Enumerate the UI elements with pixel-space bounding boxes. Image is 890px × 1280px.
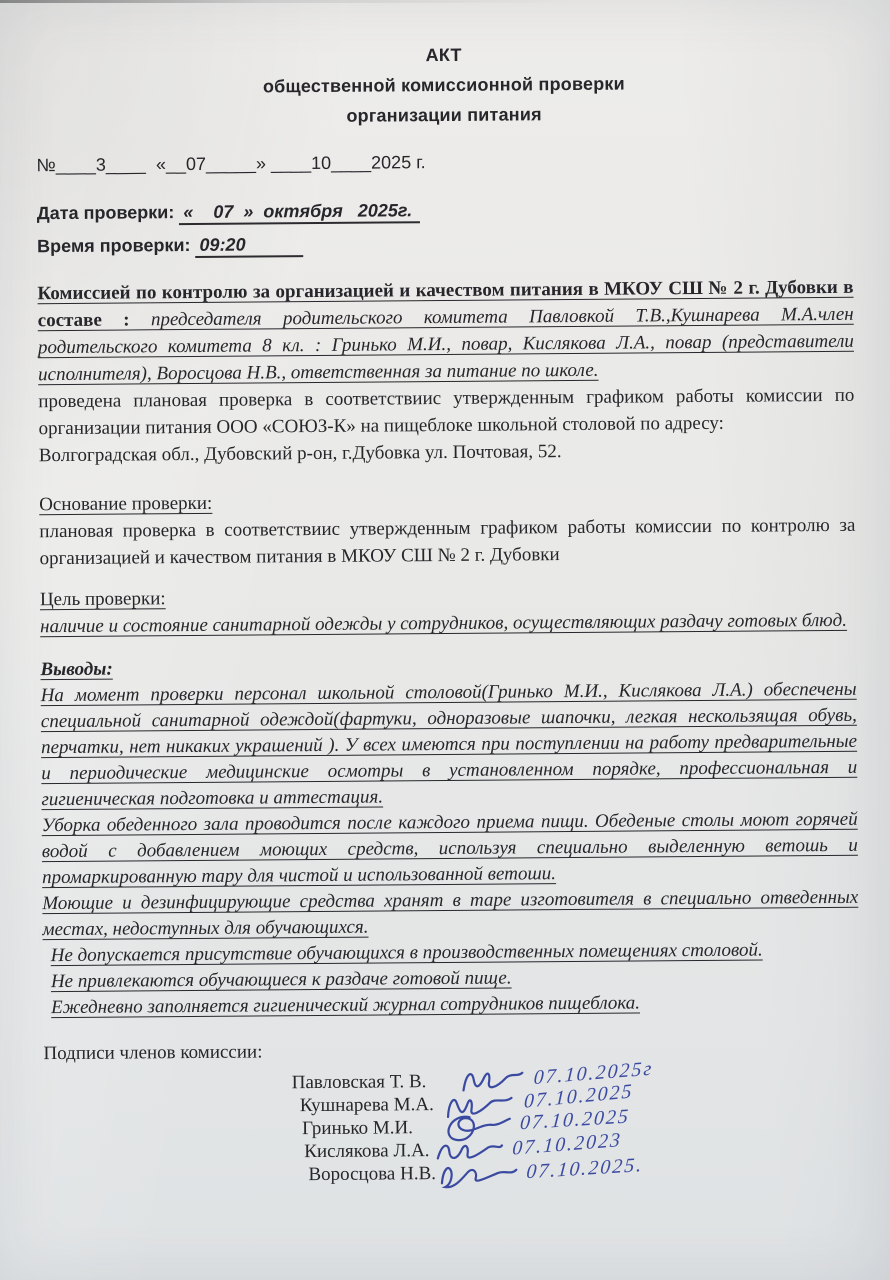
conclusions-block: На момент проверки персонал школьной сто… bbox=[41, 677, 860, 1021]
signature-name: Кислякова Л.А. bbox=[304, 1140, 429, 1162]
signature-name: Воросцова Н.В. bbox=[308, 1163, 436, 1185]
signature-scribble-icon bbox=[438, 1158, 520, 1193]
scanned-document-photo: АКТ общественной комиссионной проверки о… bbox=[0, 0, 890, 1280]
inspection-date-value: « 07 » октября 2025г. bbox=[179, 200, 420, 225]
commission-paragraph: Комиссией по контролю за организацией и … bbox=[37, 274, 854, 388]
conclusion-paragraph: На момент проверки персонал школьной сто… bbox=[41, 677, 858, 813]
conclusion-paragraph: Ежедневно заполняется гигиенический журн… bbox=[43, 989, 859, 1021]
document-number-line: №____3____ «__07_____» ____10____2025 г. bbox=[36, 147, 852, 177]
inspection-time-value: 09:20 bbox=[195, 234, 303, 258]
basis-paragraph: плановая проверка в соответствиис утверж… bbox=[39, 512, 855, 572]
signature-name: Гринько М.И. bbox=[302, 1117, 413, 1139]
address-line: Волгоградская обл., Дубовский р-он, г.Ду… bbox=[39, 436, 855, 469]
inspection-date-label: Дата проверки: bbox=[37, 202, 175, 223]
signature-name: Павловская Т. В. bbox=[292, 1071, 427, 1093]
signature-name: Кушнарева М.А. bbox=[300, 1094, 434, 1116]
handwritten-date: 07.10.2025. bbox=[526, 1154, 645, 1184]
goal-paragraph: наличие и состояние санитарной одежды у … bbox=[40, 607, 856, 640]
conclusion-paragraph: Моющие и дезинфицирующие средства хранят… bbox=[42, 885, 858, 943]
conclusion-paragraph: Уборка обеденного зала проводится после … bbox=[42, 807, 859, 891]
commission-members: председателя родительского комитета Павл… bbox=[38, 304, 854, 385]
document-title: АКТ общественной комиссионной проверки о… bbox=[36, 37, 853, 133]
inspection-time-line: Время проверки: 09:20 bbox=[37, 228, 853, 258]
inspection-date-line: Дата проверки: « 07 » октября 2025г. bbox=[37, 195, 853, 225]
document-sheet: АКТ общественной комиссионной проверки о… bbox=[0, 0, 890, 1188]
conducted-paragraph: проведена плановая проверка в соответств… bbox=[38, 382, 854, 442]
signature-row: Воросцова Н.В. 07.10.2025. bbox=[292, 1159, 860, 1186]
title-line-3: организации питания bbox=[36, 97, 852, 133]
inspection-time-label: Время проверки: bbox=[37, 235, 191, 256]
signatures-heading: Подписи членов комиссии: bbox=[43, 1037, 859, 1065]
signatures-block: Павловская Т. В. 07.10.2025г Кушнарева М… bbox=[292, 1067, 861, 1186]
